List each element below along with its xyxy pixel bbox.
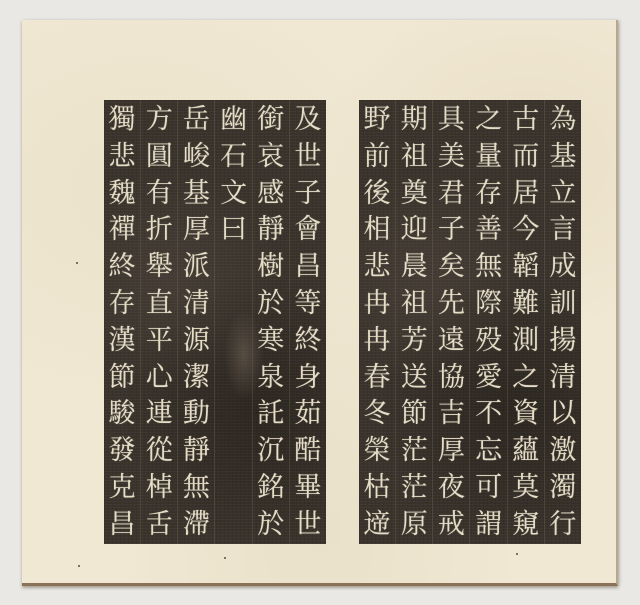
character: 厚 xyxy=(178,212,214,249)
character: 冉 xyxy=(359,286,395,323)
text-column: 方 圓 有 折 舉 直 平 心 連 從 棹 舌 xyxy=(140,100,177,544)
character: 終 xyxy=(290,323,326,360)
character: 際 xyxy=(470,286,506,323)
character: 悲 xyxy=(359,249,395,286)
character: 沉 xyxy=(253,433,289,470)
character: 榮 xyxy=(359,433,395,470)
character: 泉 xyxy=(253,360,289,397)
character: 會 xyxy=(290,212,326,249)
character: 悲 xyxy=(104,139,140,176)
character: 訓 xyxy=(545,286,581,323)
character: 忘 xyxy=(470,433,506,470)
character: 具 xyxy=(433,102,469,139)
character: 銜 xyxy=(253,102,289,139)
character: 謂 xyxy=(470,507,506,544)
character: 前 xyxy=(359,139,395,176)
character: 岳 xyxy=(178,102,214,139)
album-page: 及 世 子 會 昌 等 終 身 茹 酷 畢 世 銜 哀 感 靜 樹 於 寒 泉 … xyxy=(22,20,618,586)
character: 於 xyxy=(253,507,289,544)
character: 茫 xyxy=(396,433,432,470)
character: 酷 xyxy=(290,433,326,470)
character: 潔 xyxy=(178,360,214,397)
character: 不 xyxy=(470,396,506,433)
character: 窺 xyxy=(508,507,544,544)
character: 言 xyxy=(545,212,581,249)
character: 矣 xyxy=(433,249,469,286)
text-column: 期 祖 奠 迎 晨 祖 芳 送 節 茫 茫 原 xyxy=(395,100,432,544)
character: 動 xyxy=(178,396,214,433)
character: 等 xyxy=(290,286,326,323)
character: 居 xyxy=(508,176,544,213)
character: 於 xyxy=(253,286,289,323)
character: 靜 xyxy=(253,212,289,249)
rubbing-panel-right: 為 基 立 言 成 訓 揚 清 以 激 濁 行 古 而 居 今 韜 難 測 之 … xyxy=(359,100,581,544)
character: 節 xyxy=(104,360,140,397)
character: 漢 xyxy=(104,323,140,360)
character: 期 xyxy=(396,102,432,139)
character: 禪 xyxy=(104,212,140,249)
character: 基 xyxy=(545,139,581,176)
character: 曰 xyxy=(215,212,251,249)
text-column: 獨 悲 魏 禪 終 存 漢 節 駿 發 克 昌 xyxy=(104,100,140,544)
character: 之 xyxy=(470,102,506,139)
character xyxy=(215,249,251,286)
character: 滯 xyxy=(178,507,214,544)
character: 存 xyxy=(470,176,506,213)
character xyxy=(215,470,251,507)
text-column: 古 而 居 今 韜 難 測 之 資 蘊 莫 窺 xyxy=(507,100,544,544)
character: 枯 xyxy=(359,470,395,507)
character: 昌 xyxy=(290,249,326,286)
character: 殁 xyxy=(470,323,506,360)
character: 夜 xyxy=(433,470,469,507)
paper-speck xyxy=(224,557,226,559)
character: 無 xyxy=(470,249,506,286)
character xyxy=(215,433,251,470)
paper-speck xyxy=(516,553,518,555)
character: 源 xyxy=(178,323,214,360)
rubbing-panel-left: 及 世 子 會 昌 等 終 身 茹 酷 畢 世 銜 哀 感 靜 樹 於 寒 泉 … xyxy=(104,100,326,544)
character: 昌 xyxy=(104,507,140,544)
character: 濁 xyxy=(545,470,581,507)
character: 終 xyxy=(104,249,140,286)
text-column: 為 基 立 言 成 訓 揚 清 以 激 濁 行 xyxy=(544,100,581,544)
character: 心 xyxy=(141,360,177,397)
character: 以 xyxy=(545,396,581,433)
character: 清 xyxy=(545,360,581,397)
text-column: 之 量 存 善 無 際 殁 愛 不 忘 可 謂 xyxy=(469,100,506,544)
character: 節 xyxy=(396,396,432,433)
character: 戒 xyxy=(433,507,469,544)
character: 美 xyxy=(433,139,469,176)
character: 派 xyxy=(178,249,214,286)
character xyxy=(215,360,251,397)
character: 測 xyxy=(508,323,544,360)
character: 魏 xyxy=(104,176,140,213)
character: 原 xyxy=(396,507,432,544)
character: 立 xyxy=(545,176,581,213)
character: 冉 xyxy=(359,323,395,360)
character: 先 xyxy=(433,286,469,323)
character: 蘊 xyxy=(508,433,544,470)
paper-speck xyxy=(76,262,78,264)
character: 世 xyxy=(290,139,326,176)
character: 韜 xyxy=(508,249,544,286)
character: 君 xyxy=(433,176,469,213)
character: 遠 xyxy=(433,323,469,360)
character: 資 xyxy=(508,396,544,433)
character: 圓 xyxy=(141,139,177,176)
character: 平 xyxy=(141,323,177,360)
character: 銘 xyxy=(253,470,289,507)
character: 善 xyxy=(470,212,506,249)
character: 揚 xyxy=(545,323,581,360)
character xyxy=(215,323,251,360)
character: 幽 xyxy=(215,102,251,139)
character: 駿 xyxy=(104,396,140,433)
character: 託 xyxy=(253,396,289,433)
character: 石 xyxy=(215,139,251,176)
character: 舌 xyxy=(141,507,177,544)
character: 晨 xyxy=(396,249,432,286)
character: 獨 xyxy=(104,102,140,139)
character: 世 xyxy=(290,507,326,544)
character: 茫 xyxy=(396,470,432,507)
character: 無 xyxy=(178,470,214,507)
character: 發 xyxy=(104,433,140,470)
character: 厚 xyxy=(433,433,469,470)
character: 而 xyxy=(508,139,544,176)
text-column: 具 美 君 子 矣 先 遠 協 吉 厚 夜 戒 xyxy=(432,100,469,544)
character: 方 xyxy=(141,102,177,139)
text-column: 野 前 後 相 悲 冉 冉 春 冬 榮 枯 遆 xyxy=(359,100,395,544)
character: 連 xyxy=(141,396,177,433)
text-column: 岳 峻 基 厚 派 清 源 潔 動 靜 無 滯 xyxy=(177,100,214,544)
character: 相 xyxy=(359,212,395,249)
character: 及 xyxy=(290,102,326,139)
character: 清 xyxy=(178,286,214,323)
paper-speck xyxy=(78,565,80,567)
character: 愛 xyxy=(470,360,506,397)
character: 激 xyxy=(545,433,581,470)
character: 子 xyxy=(290,176,326,213)
character: 樹 xyxy=(253,249,289,286)
character: 冬 xyxy=(359,396,395,433)
character: 量 xyxy=(470,139,506,176)
character: 送 xyxy=(396,360,432,397)
character: 寒 xyxy=(253,323,289,360)
text-column: 幽 石 文 曰 xyxy=(214,100,251,544)
character: 今 xyxy=(508,212,544,249)
character xyxy=(215,396,251,433)
character: 畢 xyxy=(290,470,326,507)
character: 之 xyxy=(508,360,544,397)
character: 行 xyxy=(545,507,581,544)
character xyxy=(215,286,251,323)
character: 從 xyxy=(141,433,177,470)
character: 身 xyxy=(290,360,326,397)
character: 感 xyxy=(253,176,289,213)
character: 迎 xyxy=(396,212,432,249)
character: 直 xyxy=(141,286,177,323)
character: 難 xyxy=(508,286,544,323)
character: 棹 xyxy=(141,470,177,507)
character: 為 xyxy=(545,102,581,139)
character: 子 xyxy=(433,212,469,249)
character: 古 xyxy=(508,102,544,139)
character: 奠 xyxy=(396,176,432,213)
character: 芳 xyxy=(396,323,432,360)
character: 峻 xyxy=(178,139,214,176)
character: 野 xyxy=(359,102,395,139)
text-column: 銜 哀 感 靜 樹 於 寒 泉 託 沉 銘 於 xyxy=(252,100,289,544)
character: 春 xyxy=(359,360,395,397)
character: 哀 xyxy=(253,139,289,176)
character: 吉 xyxy=(433,396,469,433)
character xyxy=(215,507,251,544)
character: 可 xyxy=(470,470,506,507)
character: 祖 xyxy=(396,139,432,176)
character: 基 xyxy=(178,176,214,213)
character: 祖 xyxy=(396,286,432,323)
character: 克 xyxy=(104,470,140,507)
character: 茹 xyxy=(290,396,326,433)
character: 存 xyxy=(104,286,140,323)
character: 成 xyxy=(545,249,581,286)
character: 有 xyxy=(141,176,177,213)
character: 協 xyxy=(433,360,469,397)
character: 後 xyxy=(359,176,395,213)
character: 莫 xyxy=(508,470,544,507)
character: 遆 xyxy=(359,507,395,544)
text-column: 及 世 子 會 昌 等 終 身 茹 酷 畢 世 xyxy=(289,100,326,544)
character: 舉 xyxy=(141,249,177,286)
character: 靜 xyxy=(178,433,214,470)
character: 折 xyxy=(141,212,177,249)
character: 文 xyxy=(215,176,251,213)
